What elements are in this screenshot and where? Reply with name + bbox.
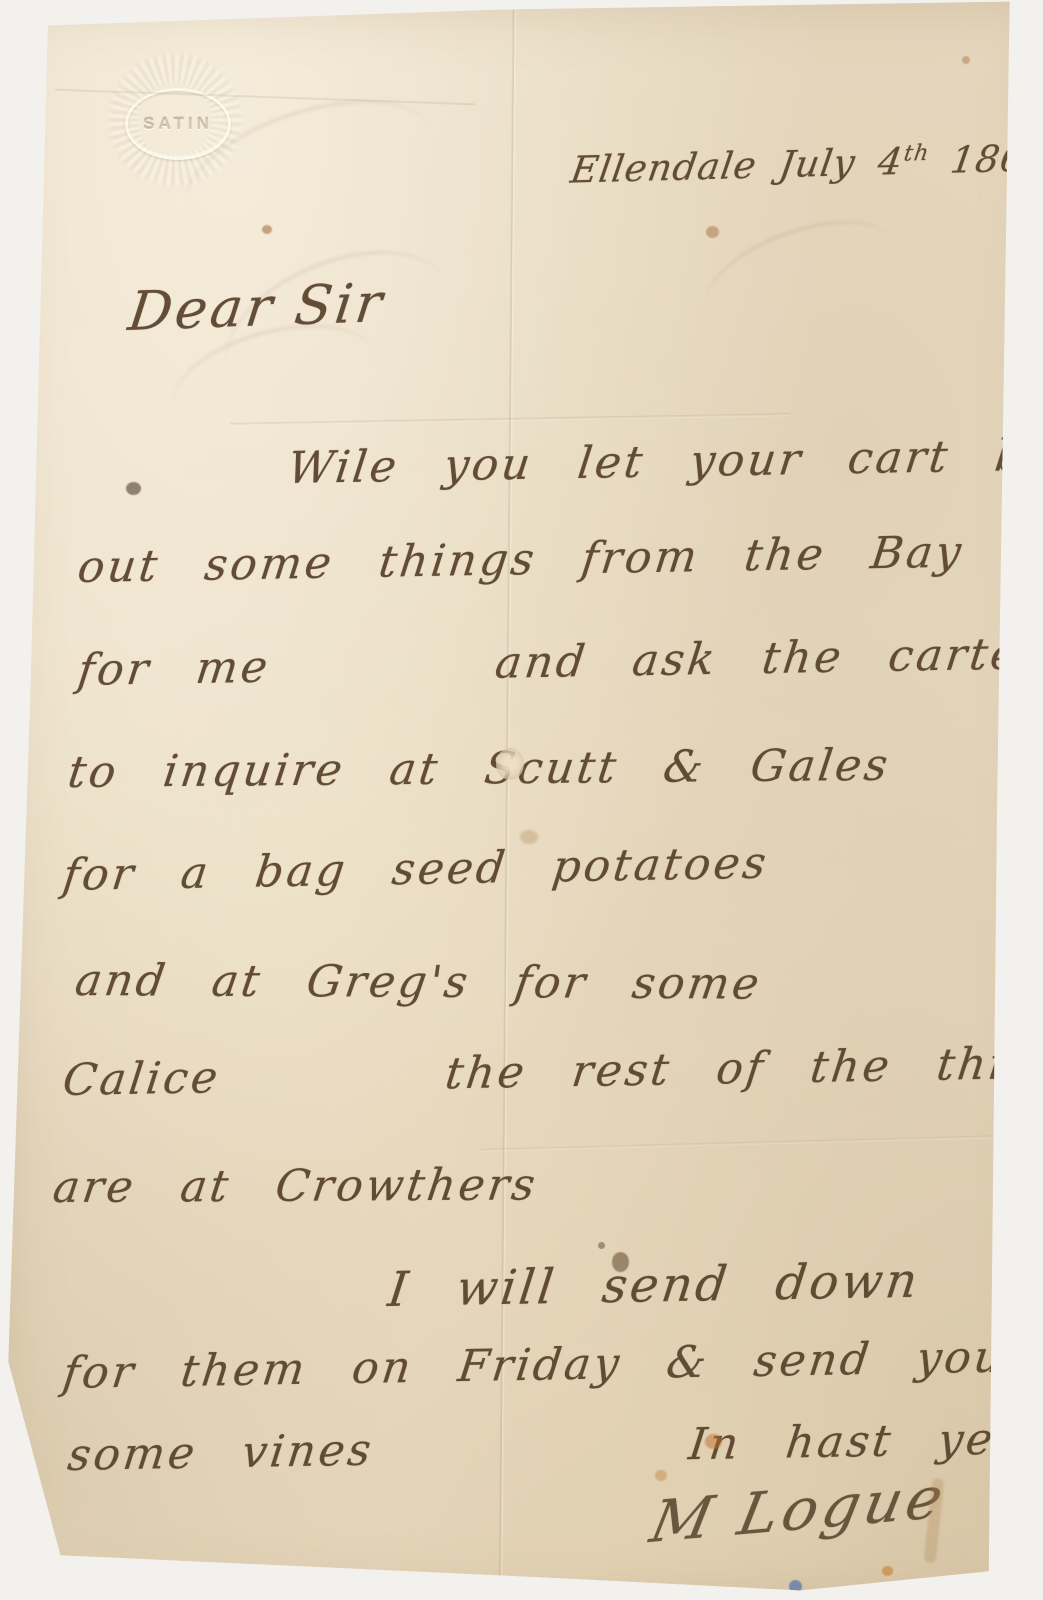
handwriting-line: to inquire at Scutt & Gales: [65, 740, 894, 798]
salutation: Dear Sir: [125, 271, 389, 343]
seal-oval-ring: SATIN: [125, 88, 231, 160]
stain-spot: [962, 56, 970, 64]
blue-paint-spot: [789, 1580, 802, 1593]
seal-text: SATIN: [143, 114, 213, 134]
scan-background: { "colors":{ "background":"#f2f1ee", "pa…: [0, 0, 1043, 1600]
handwriting-line: I will send down: [385, 1253, 923, 1318]
handwriting-line: for a bag seed potatoes: [60, 838, 772, 901]
handwriting-line: Calice the rest of the things: [60, 1037, 1043, 1106]
stain-spot: [262, 225, 272, 234]
handwriting-line: and at Greg's for some: [72, 955, 765, 1010]
stain-spot: [655, 1470, 667, 1481]
fold-crease-horizontal-upper: [230, 413, 790, 426]
fold-crease-horizontal-lower: [480, 1135, 1000, 1152]
handwriting-line: are at Crowthers: [50, 1159, 541, 1213]
stain-spot: [882, 1566, 893, 1576]
handwriting-line: out some things from the Bay: [75, 527, 967, 593]
ink-blot: [598, 1242, 605, 1249]
dateline-text: Ellendale July 4: [568, 140, 906, 192]
handwriting-line: for me and ask the carter: [75, 628, 1043, 696]
dateline: Ellendale July 4th 1865: [470, 93, 1043, 237]
dateline-year: 1865: [925, 136, 1043, 182]
signature: M Logue: [645, 1463, 953, 1556]
embossed-paper-seal: SATIN: [100, 50, 250, 185]
stain-spot: [126, 482, 141, 495]
letter-paper: SATIN Ellendale July 4th 1865 Dear Sir W…: [0, 0, 1043, 1600]
handwriting-line: Wile you let your cart bring: [285, 428, 1043, 494]
handwriting-line: for them on Friday & send you: [60, 1332, 1009, 1399]
